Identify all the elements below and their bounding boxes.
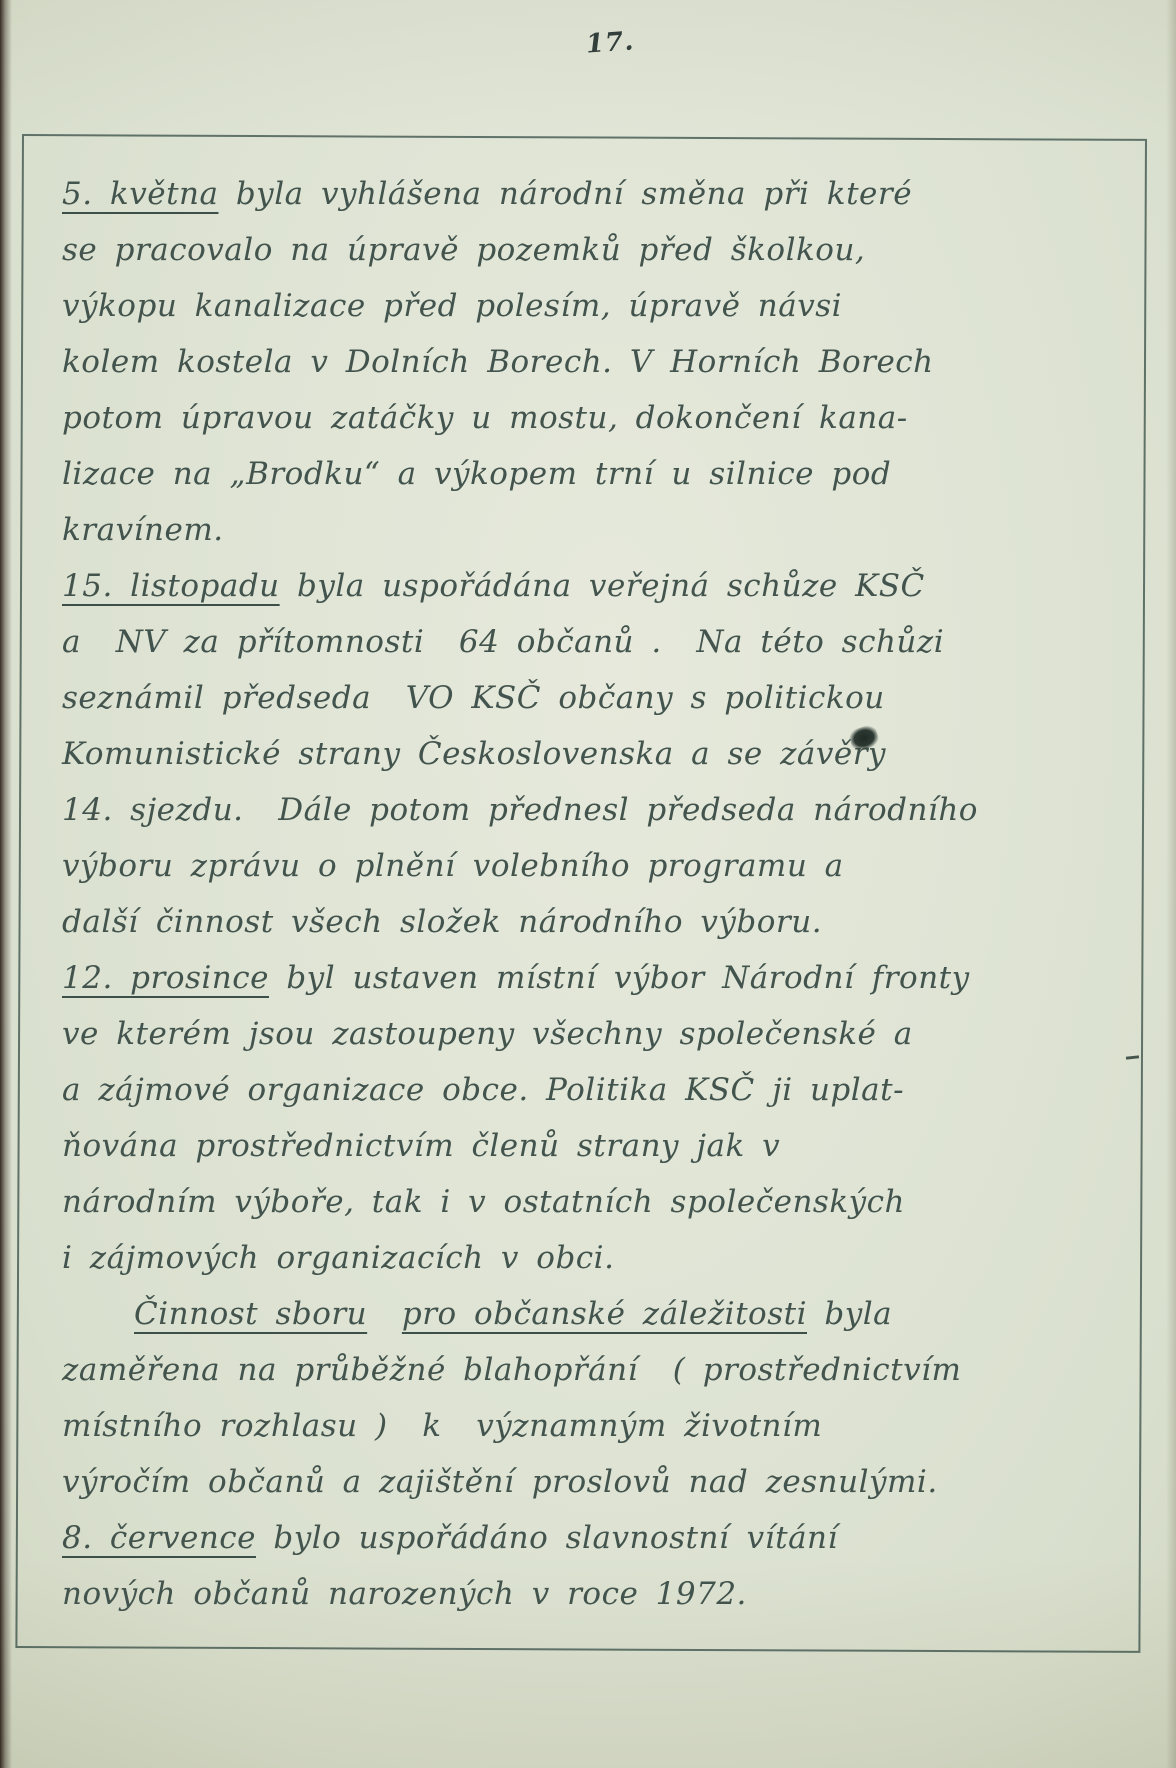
text-segment: výkopu kanalizace před polesím, úpravě n… xyxy=(62,288,842,324)
text-line: výročím občanů a zajištění proslovů nad … xyxy=(62,1454,1122,1510)
text-line: zaměřena na průběžné blahopřání ( prostř… xyxy=(62,1342,1122,1398)
text-segment: výboru zprávu o plnění volebního program… xyxy=(62,848,844,884)
text-line: Činnost sboru pro občanské záležitosti b… xyxy=(62,1286,1122,1342)
text-line: výkopu kanalizace před polesím, úpravě n… xyxy=(62,278,1122,334)
text-line: a zájmové organizace obce. Politika KSČ … xyxy=(62,1062,1122,1118)
text-segment: nových občanů narozených v roce 1972. xyxy=(62,1576,747,1612)
text-line: seznámil předseda VO KSČ občany s politi… xyxy=(62,670,1122,726)
page-left-edge-shadow xyxy=(0,0,12,1768)
text-segment: ňována prostřednictvím členů strany jak … xyxy=(62,1128,780,1164)
text-segment: byla uspořádána veřejná schůze KSČ xyxy=(280,568,925,604)
text-line: lizace na „Brodku“ a výkopem trní u siln… xyxy=(62,446,1122,502)
text-line: potom úpravou zatáčky u mostu, dokončení… xyxy=(62,390,1122,446)
text-line: další činnost všech složek národního výb… xyxy=(62,894,1122,950)
text-segment: byl ustaven místní výbor Národní fronty xyxy=(269,960,970,996)
text-line: nových občanů narozených v roce 1972. xyxy=(62,1566,1122,1622)
text-segment: místního rozhlasu ) k významným životním xyxy=(62,1408,822,1444)
text-segment: seznámil předseda VO KSČ občany s politi… xyxy=(62,680,885,716)
text-line: a NV za přítomnosti 64 občanů . Na této … xyxy=(62,614,1122,670)
text-line: 12. prosince byl ustaven místní výbor Ná… xyxy=(62,950,1122,1006)
text-line: 15. listopadu byla uspořádána veřejná sc… xyxy=(62,558,1122,614)
text-segment: národním výboře, tak i v ostatních spole… xyxy=(62,1184,905,1220)
text-line: kravínem. xyxy=(62,502,1122,558)
underlined-heading-segment: 12. prosince xyxy=(62,960,269,996)
page-number: 17. xyxy=(585,26,635,59)
text-segment: i zájmových organizacích v obci. xyxy=(62,1240,614,1276)
text-line: kolem kostela v Dolních Borech. V Horníc… xyxy=(62,334,1122,390)
text-segment: potom úpravou zatáčky u mostu, dokončení… xyxy=(62,400,908,436)
text-segment: zaměřena na průběžné blahopřání ( prostř… xyxy=(62,1352,961,1388)
text-segment: kolem kostela v Dolních Borech. V Horníc… xyxy=(62,344,934,380)
text-line: místního rozhlasu ) k významným životním xyxy=(62,1398,1122,1454)
text-segment: a zájmové organizace obce. Politika KSČ … xyxy=(62,1072,904,1108)
text-line: se pracovalo na úpravě pozemků před škol… xyxy=(62,222,1122,278)
text-segment: lizace na „Brodku“ a výkopem trní u siln… xyxy=(62,456,891,492)
manuscript: 5. května byla vyhlášena národní směna p… xyxy=(62,166,1122,1622)
text-line: 5. května byla vyhlášena národní směna p… xyxy=(62,166,1122,222)
text-line: ňována prostřednictvím členů strany jak … xyxy=(62,1118,1122,1174)
text-segment: výročím občanů a zajištění proslovů nad … xyxy=(62,1464,938,1500)
text-segment: a NV za přítomnosti 64 občanů . Na této … xyxy=(62,624,944,660)
page-right-edge-shadow xyxy=(1166,0,1176,1768)
text-line: ve kterém jsou zastoupeny všechny společ… xyxy=(62,1006,1122,1062)
text-segment: Komunistické strany Československa a se … xyxy=(62,736,886,772)
text-line: Komunistické strany Československa a se … xyxy=(62,726,1122,782)
underlined-heading-segment: 5. května xyxy=(62,176,218,212)
text-line: 8. července bylo uspořádáno slavnostní v… xyxy=(62,1510,1122,1566)
text-segment: ve kterém jsou zastoupeny všechny společ… xyxy=(62,1016,913,1052)
text-segment: 14. sjezdu. Dále potom přednesl předseda… xyxy=(62,792,978,828)
underlined-heading-segment: 8. července xyxy=(62,1520,256,1556)
text-segment: byla xyxy=(807,1296,892,1332)
underlined-heading-segment: Činnost sboru xyxy=(134,1296,367,1332)
text-segment: byla vyhlášena národní směna při které xyxy=(218,176,912,212)
chronicle-page-photo: 17. 5. května byla vyhlášena národní smě… xyxy=(0,0,1176,1768)
text-segment: bylo uspořádáno slavnostní vítání xyxy=(256,1520,838,1556)
text-line: výboru zprávu o plnění volebního program… xyxy=(62,838,1122,894)
text-line: 14. sjezdu. Dále potom přednesl předseda… xyxy=(62,782,1122,838)
text-segment xyxy=(367,1296,402,1332)
text-segment: kravínem. xyxy=(62,512,224,548)
underlined-heading-segment: pro občanské záležitosti xyxy=(402,1296,807,1332)
text-segment: další činnost všech složek národního výb… xyxy=(62,904,822,940)
underlined-heading-segment: 15. listopadu xyxy=(62,568,280,604)
text-segment: se pracovalo na úpravě pozemků před škol… xyxy=(62,232,865,268)
text-line: i zájmových organizacích v obci. xyxy=(62,1230,1122,1286)
text-line: národním výboře, tak i v ostatních spole… xyxy=(62,1174,1122,1230)
